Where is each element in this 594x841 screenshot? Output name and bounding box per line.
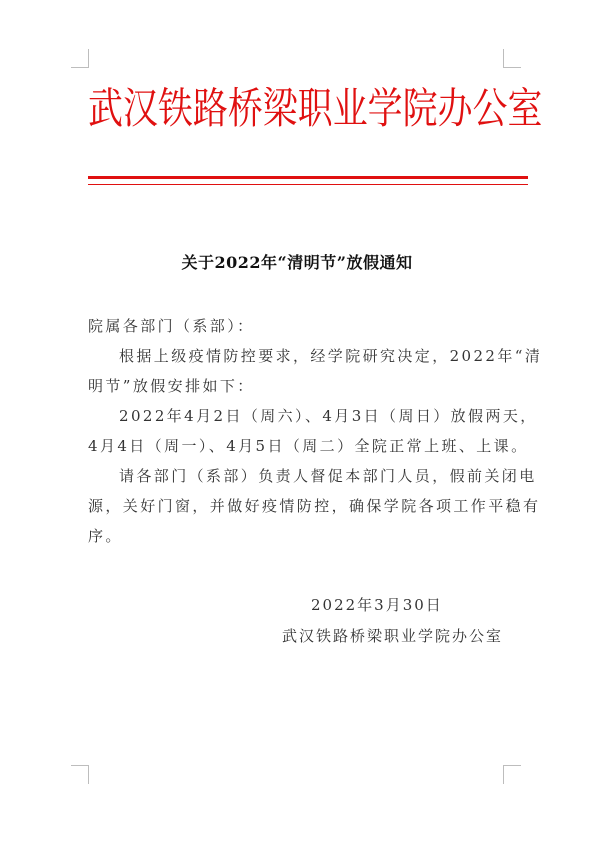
paragraph-1-line-2: 明节”放假安排如下： [88, 371, 528, 401]
document-title: 关于2022年“清明节”放假通知 [0, 250, 594, 273]
margin-marker-bottom-left [71, 765, 89, 784]
paragraph-2-line-1: 2022年4月2日（周六）、4月3日（周日）放假两天， [88, 401, 528, 431]
letterhead-title: 武汉铁路桥梁职业学院办公室 [88, 76, 474, 143]
document-signature: 武汉铁路桥梁职业学院办公室 [282, 625, 503, 646]
paragraph-1-line-1: 根据上级疫情防控要求，经学院研究决定，2022年“清 [88, 341, 528, 371]
margin-marker-top-left [71, 49, 89, 68]
paragraph-3-line-3: 序。 [88, 521, 528, 551]
paragraph-3-line-2: 源，关好门窗，并做好疫情防控，确保学院各项工作平稳有 [88, 491, 528, 521]
margin-marker-bottom-right [503, 765, 521, 784]
document-date: 2022年3月30日 [311, 594, 443, 615]
letterhead-rule-thick [88, 176, 528, 179]
letterhead-rule-thin [88, 184, 528, 185]
salutation: 院属各部门（系部）： [88, 311, 528, 341]
paragraph-3-line-1: 请各部门（系部）负责人督促本部门人员，假前关闭电 [88, 461, 528, 491]
document-body: 院属各部门（系部）： 根据上级疫情防控要求，经学院研究决定，2022年“清 明节… [88, 311, 528, 551]
paragraph-2-line-2: 4月4日（周一）、4月5日（周二）全院正常上班、上课。 [88, 431, 528, 461]
margin-marker-top-right [503, 49, 521, 68]
